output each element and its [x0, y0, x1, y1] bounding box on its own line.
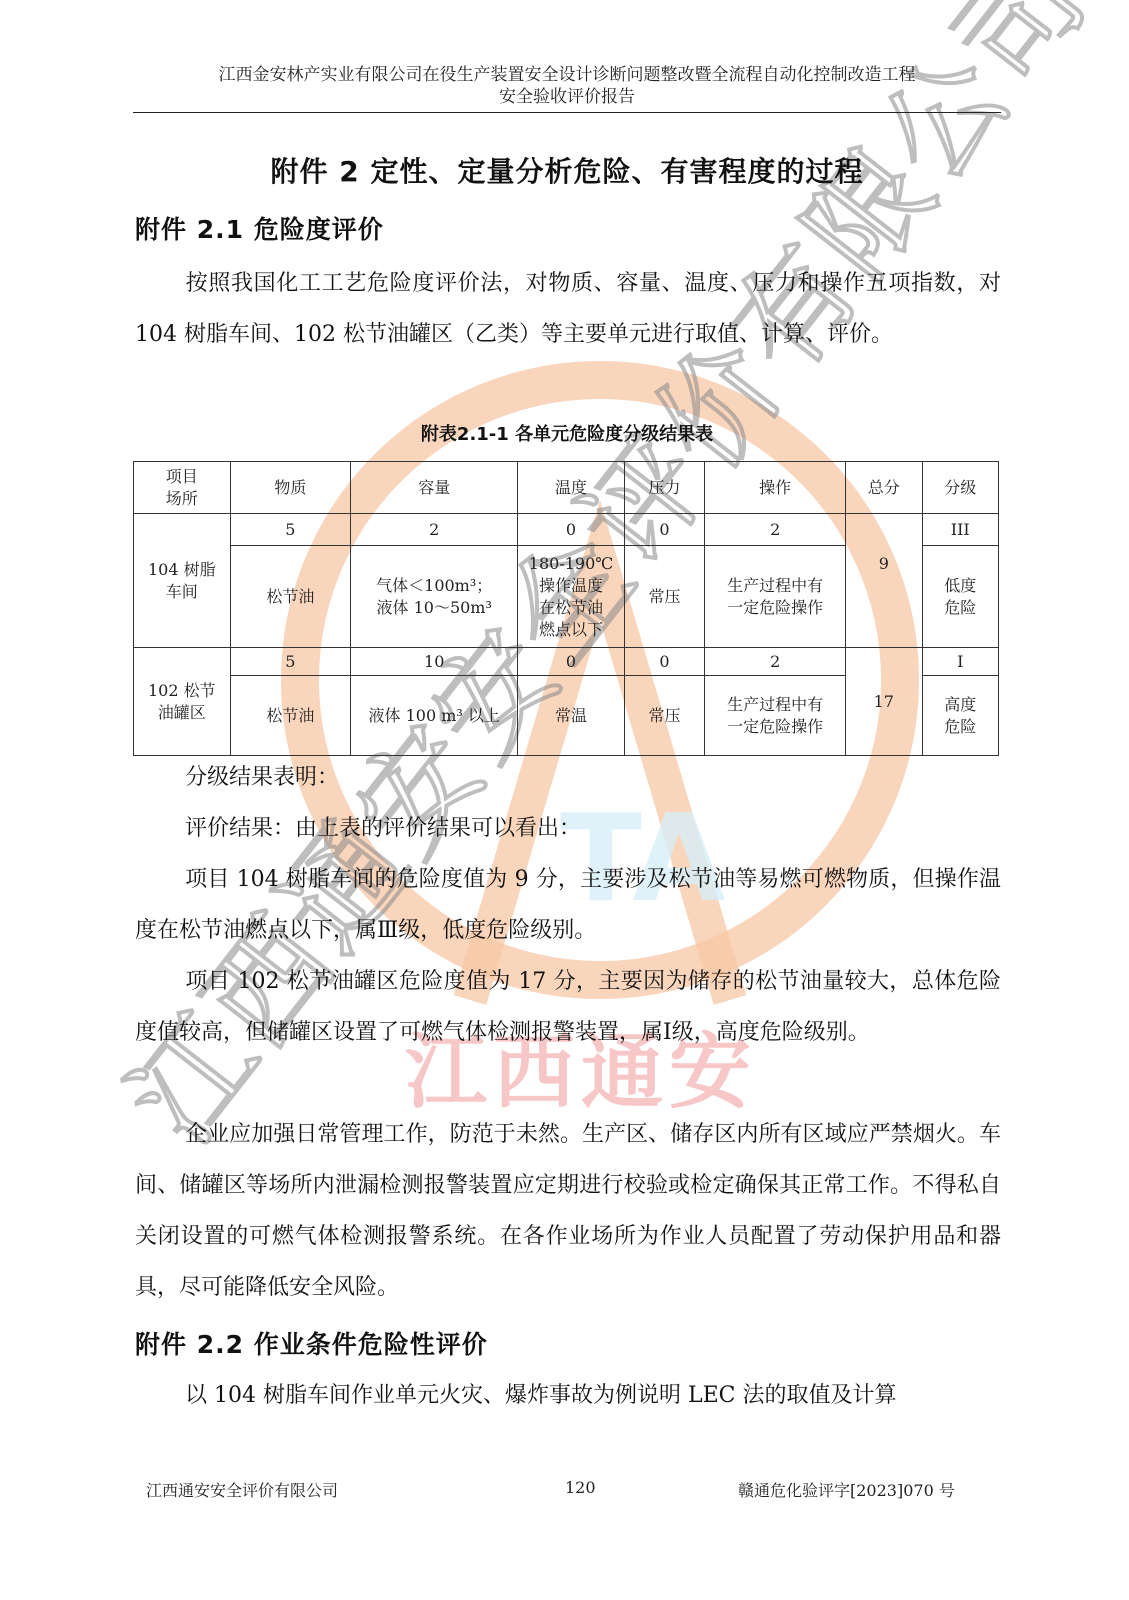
footer-page-number: 120 — [565, 1478, 596, 1497]
cell-score: 2 — [705, 514, 846, 546]
hazard-grade-table: 项目场所 物质 容量 温度 压力 操作 总分 分级 104 树脂车间 5 2 0… — [133, 461, 999, 756]
section-heading-2-1: 附件 2.1 危险度评价 — [135, 210, 384, 246]
eval-label: 评价结果：由上表的评价结果可以看出： — [135, 803, 1001, 854]
footer-doc-number: 赣通危化验评字[2023]070 号 — [738, 1478, 955, 1501]
cell-desc-temperature: 180-190℃操作温度在松节油燃点以下 — [518, 546, 625, 648]
header-cell-capacity: 容量 — [351, 462, 518, 514]
cell-total-104: 9 — [846, 514, 922, 648]
cell-place-104: 104 树脂车间 — [134, 514, 231, 648]
header-cell-pressure: 压力 — [624, 462, 704, 514]
cell-desc-substance: 松节油 — [230, 546, 351, 648]
cell-place-102: 102 松节油罐区 — [134, 648, 231, 756]
cell-level-102: 高度危险 — [922, 676, 999, 756]
cell-grade-104: III — [922, 514, 999, 546]
cell-desc-pressure: 常压 — [624, 546, 704, 648]
footer-company: 江西通安安全评价有限公司 — [146, 1478, 338, 1501]
header-line-2: 安全验收评价报告 — [133, 86, 1001, 108]
cell-score: 0 — [518, 514, 625, 546]
cell-score: 5 — [230, 514, 351, 546]
table-header-row: 项目场所 物质 容量 温度 压力 操作 总分 分级 — [134, 462, 999, 514]
cell-desc-capacity: 气体＜100m³；液体 10～50m³ — [351, 546, 518, 648]
cell-score: 0 — [518, 648, 625, 676]
cell-grade-102: I — [922, 648, 999, 676]
header-cell-operation: 操作 — [705, 462, 846, 514]
cell-total-102: 17 — [846, 648, 922, 756]
table-row-104-scores: 104 树脂车间 5 2 0 0 2 9 III — [134, 514, 999, 546]
page-title: 附件 2 定性、定量分析危险、有害程度的过程 — [133, 150, 1001, 190]
cell-score: 2 — [705, 648, 846, 676]
cell-score: 10 — [351, 648, 518, 676]
header-divider — [133, 112, 1001, 113]
section-2-2-intro: 以 104 树脂车间作业单元火灾、爆炸事故为例说明 LEC 法的取值及计算 — [135, 1370, 1001, 1421]
header-cell-place: 项目场所 — [134, 462, 231, 514]
cell-desc-operation: 生产过程中有一定危险操作 — [705, 546, 846, 648]
intro-text: 按照我国化工工艺危险度评价法，对物质、容量、温度、压力和操作五项指数，对 104… — [135, 271, 1001, 347]
cell-score: 5 — [230, 648, 351, 676]
paragraph-104-result: 项目 104 树脂车间的危险度值为 9 分，主要涉及松节油等易燃可燃物质，但操作… — [135, 854, 1001, 956]
cell-score: 0 — [624, 648, 704, 676]
cell-desc-substance: 松节油 — [230, 676, 351, 756]
paragraph-management: 企业应加强日常管理工作，防范于未然。生产区、储存区内所有区域应严禁烟火。车间、储… — [135, 1109, 1001, 1313]
cell-desc-operation: 生产过程中有一定危险操作 — [705, 676, 846, 756]
header-cell-substance: 物质 — [230, 462, 351, 514]
cell-desc-pressure: 常压 — [624, 676, 704, 756]
cell-score: 2 — [351, 514, 518, 546]
section-heading-2-2: 附件 2.2 作业条件危险性评价 — [135, 1325, 488, 1361]
result-label: 分级结果表明： — [135, 752, 1001, 803]
header-cell-temperature: 温度 — [518, 462, 625, 514]
paragraph-102-result: 项目 102 松节油罐区危险度值为 17 分，主要因为储存的松节油量较大，总体危… — [135, 956, 1001, 1058]
intro-paragraph: 按照我国化工工艺危险度评价法，对物质、容量、温度、压力和操作五项指数，对 104… — [135, 258, 1001, 360]
cell-desc-capacity: 液体 100 m³ 以上 — [351, 676, 518, 756]
cell-level-104: 低度危险 — [922, 546, 999, 648]
header-cell-grade: 分级 — [922, 462, 999, 514]
header-line-1: 江西金安林产实业有限公司在役生产装置安全设计诊断问题整改暨全流程自动化控制改造工… — [133, 64, 1001, 86]
cell-desc-temperature: 常温 — [518, 676, 625, 756]
running-header: 江西金安林产实业有限公司在役生产装置安全设计诊断问题整改暨全流程自动化控制改造工… — [133, 64, 1001, 108]
table-row-102-scores: 102 松节油罐区 5 10 0 0 2 17 I — [134, 648, 999, 676]
cell-score: 0 — [624, 514, 704, 546]
table-caption: 附表2.1-1 各单元危险度分级结果表 — [133, 420, 1001, 446]
document-page: TA 江西通安 江西通安安全评价有限公司 江西金安林产实业有限公司在役生产装置安… — [0, 0, 1129, 1600]
header-cell-total: 总分 — [846, 462, 922, 514]
